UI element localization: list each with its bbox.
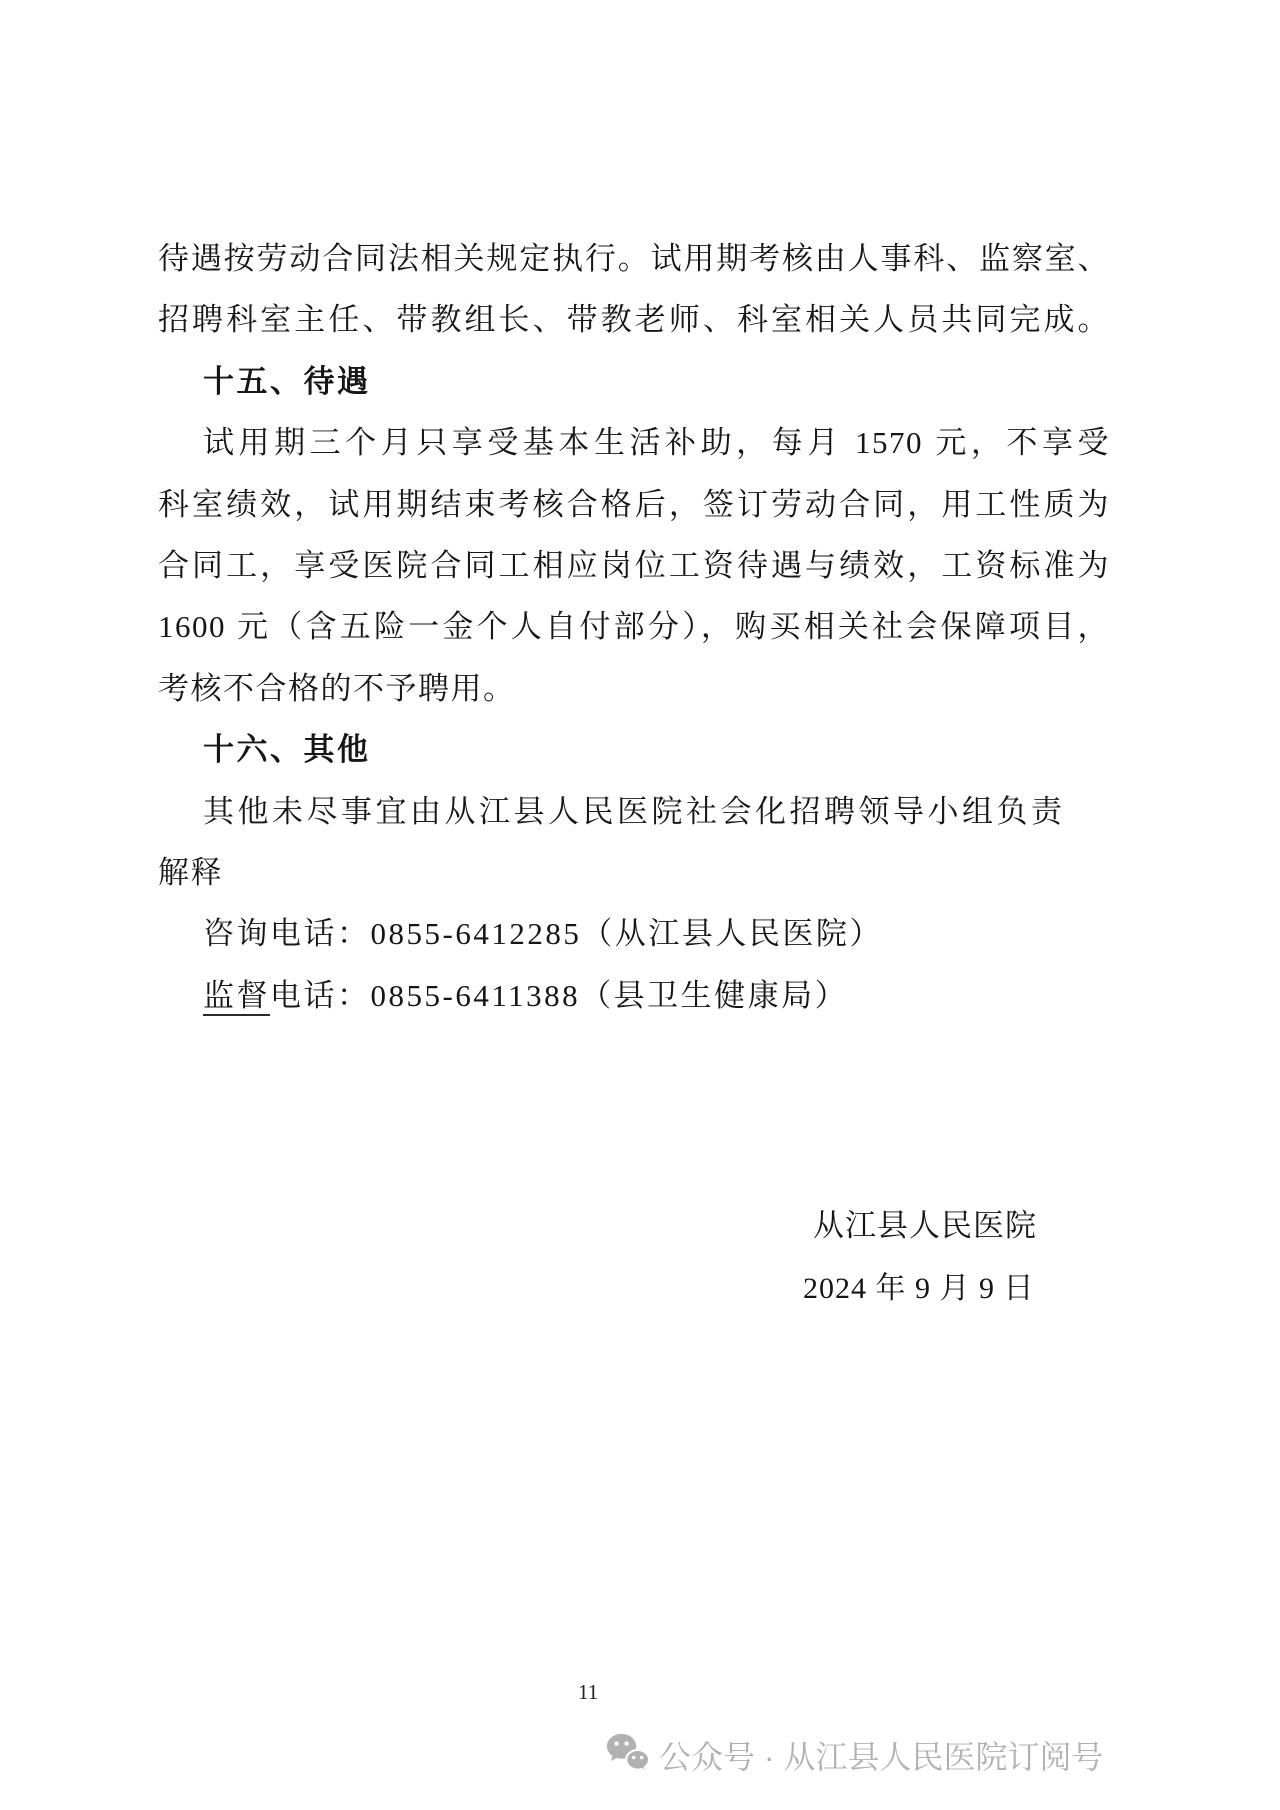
supervision-phone-line: 监督电话：0855-6411388（县卫生健康局） bbox=[158, 965, 1110, 1026]
supervision-phone-rest: 电话：0855-6411388（县卫生健康局） bbox=[270, 978, 848, 1013]
body-line: 考核不合格的不予聘用。 bbox=[158, 658, 1110, 719]
section-15-heading: 十五、待遇 bbox=[203, 351, 1110, 412]
page-number: 11 bbox=[578, 1680, 598, 1705]
body-line: 1600 元（含五险一金个人自付部分），购买相关社会保障项目， bbox=[158, 596, 1110, 657]
consult-phone-line: 咨询电话：0855-6412285（从江县人民医院） bbox=[158, 903, 1110, 964]
section-16-heading: 十六、其他 bbox=[203, 719, 1110, 780]
footer-account-bar: 公众号 · 从江县人民医院订阅号 bbox=[606, 1732, 1103, 1778]
document-page: 待遇按劳动合同法相关规定执行。试用期考核由人事科、监察室、 招聘科室主任、带教组… bbox=[0, 0, 1280, 1810]
footer-account-text: 公众号 · 从江县人民医院订阅号 bbox=[659, 1732, 1103, 1778]
signature-organization: 从江县人民医院 bbox=[813, 1200, 1037, 1245]
supervision-underlined-label: 监督 bbox=[203, 978, 270, 1016]
body-line: 合同工，享受医院合同工相应岗位工资待遇与绩效，工资标准为 bbox=[158, 535, 1110, 596]
body-line: 解释 bbox=[158, 842, 1110, 903]
document-body: 待遇按劳动合同法相关规定执行。试用期考核由人事科、监察室、 招聘科室主任、带教组… bbox=[158, 228, 1110, 1026]
signature-date: 2024 年 9 月 9 日 bbox=[803, 1263, 1035, 1307]
body-line: 试用期三个月只享受基本生活补助，每月 1570 元，不享受 bbox=[158, 412, 1110, 473]
body-line: 招聘科室主任、带教组长、带教老师、科室相关人员共同完成。 bbox=[158, 289, 1110, 350]
body-line: 待遇按劳动合同法相关规定执行。试用期考核由人事科、监察室、 bbox=[158, 228, 1110, 289]
wechat-icon bbox=[606, 1732, 650, 1778]
body-line: 科室绩效，试用期结束考核合格后，签订劳动合同，用工性质为 bbox=[158, 474, 1110, 535]
body-line: 其他未尽事宜由从江县人民医院社会化招聘领导小组负责 bbox=[158, 781, 1110, 842]
